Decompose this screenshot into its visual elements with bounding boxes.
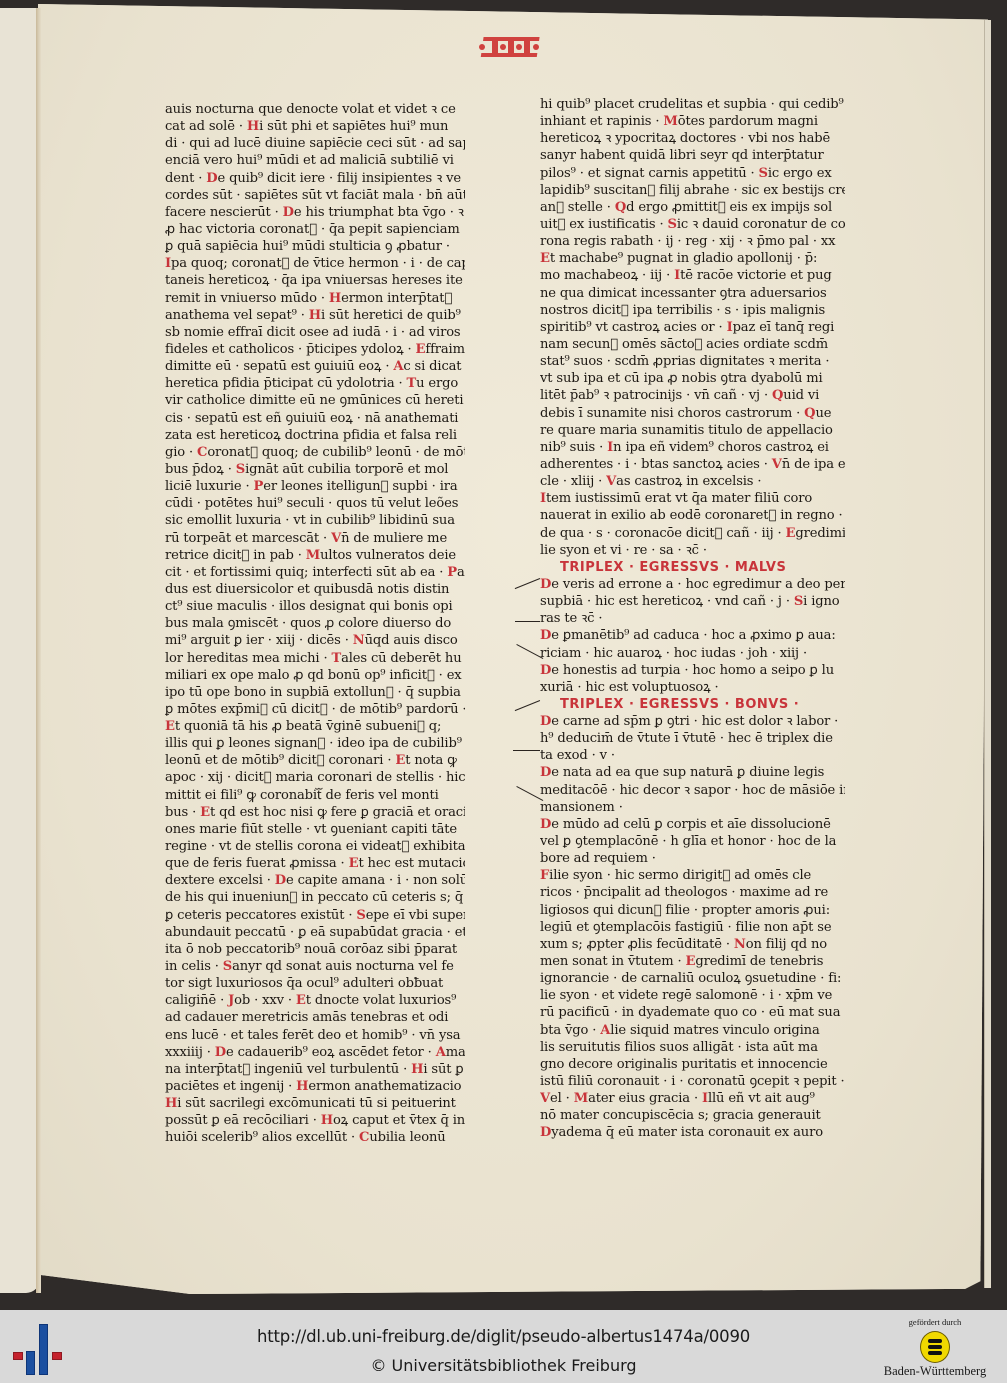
text-line: nauerat in exilio ab eodē coronaretᷓ in … <box>540 507 845 524</box>
text-line: cis · sepatū est eñ ꝯuiuiū eoꝝ · nā anat… <box>165 410 465 427</box>
rubric-initial: D <box>540 577 551 592</box>
text-line: apoc · xij · dicitᷓ maria coronari de st… <box>165 769 465 786</box>
text-line: ta exod̄ · v · <box>540 747 845 764</box>
text-line: mansionem · <box>540 799 845 816</box>
text-line: anathema vel sepat⁹ · Hi sūt heretici de… <box>165 307 465 324</box>
text-line: na interp̄tatᷓ ingeniū vel turbulentū · … <box>165 1061 465 1078</box>
text-line: leonū et de mōtib⁹ dicitᷓ coronari · Et … <box>165 752 465 769</box>
copyright-notice: © Universitätsbibliothek Freiburg <box>0 1356 1007 1375</box>
rubric-initial: H <box>165 1096 177 1111</box>
rubric-initial: D <box>540 628 551 643</box>
text-line: paciētes et ingenij · Hermon anathematiz… <box>165 1078 465 1095</box>
text-line: sb̄ nomie effraī dicit osee ad iudā · i … <box>165 324 465 341</box>
text-line: heretica pfidia p̄ticipat cū ydolotria ·… <box>165 375 465 392</box>
text-line: ꝑ ceteris peccatores existūt · Sepe eī v… <box>165 907 465 924</box>
rubric-initial: C <box>359 1130 369 1145</box>
text-line: men sonat in v̄tutem · Egredimī de teneb… <box>540 953 845 970</box>
rubric-initial: I <box>540 491 546 506</box>
text-line: bus · Et qd̄ est hoc nisi ꝙ fere ꝑ graci… <box>165 804 465 821</box>
text-line: gno decore originalis puritatis et innoc… <box>540 1056 845 1073</box>
text-line: stat⁹ suos · scdm̄ ꝓprias dignitates ꝛ m… <box>540 353 845 370</box>
text-line: lor hereditas mea michi · Tales cū deber… <box>165 650 465 667</box>
text-line: auis nocturna que denocte volat et videt… <box>165 101 465 118</box>
text-line: ita ō nob̄ peccatorib⁹ nouā corōaz sibi … <box>165 941 465 958</box>
rubric-initial: D <box>540 1125 551 1140</box>
text-line: nō mater concupiscēcia s; gracia generau… <box>540 1107 845 1124</box>
text-line: lis seruitutis filios suos alligāt · ist… <box>540 1039 845 1056</box>
margin-bracket-line <box>513 750 540 751</box>
text-line: gio · Coronatᷓ quoq; de cubilib⁹ leonū ·… <box>165 444 465 461</box>
text-line: ras te ꝛc̄ · <box>540 610 845 627</box>
footer-bar: http://dl.ub.uni-freiburg.de/diglit/pseu… <box>0 1310 1007 1383</box>
text-line: De mūdo ad celū ꝑ corpis et aīe dissoluc… <box>540 816 845 833</box>
rubric-initial: D <box>275 873 286 888</box>
text-line: caligin̄ē · Job · xxv · Et dnocte volat … <box>165 992 465 1009</box>
sponsor-name: Baden-Württemberg <box>870 1364 1000 1379</box>
text-line: supbiā · hic est hereticoꝝ · vnd̄ cañ · … <box>540 593 845 610</box>
text-line: riciam · hic auaroꝝ · hoc iudas · joh̄ ·… <box>540 645 845 662</box>
text-line: De carne ad sp̄m ꝑ ꝯtri · hic est dolor … <box>540 713 845 730</box>
rubric-initial: Q <box>804 406 815 421</box>
text-line: ne qua dimicat incessanter ꝯtra aduersar… <box>540 285 845 302</box>
text-line: regine · vt de stellis corona ei videatᷓ… <box>165 838 465 855</box>
rubric-initial: H <box>247 119 259 134</box>
rubric-initial: A <box>600 1023 610 1038</box>
text-line: ricos · p̄ncipalit̄ ad theologos · maxim… <box>540 884 845 901</box>
text-line: ꝓ hac victoria coronatᷓ · q̄a pepit sapi… <box>165 221 465 238</box>
text-line: re quare maria sunamitis titulo de appel… <box>540 422 845 439</box>
rubric-initial: S <box>356 908 365 923</box>
page-fore-edge <box>984 20 991 1288</box>
text-line: nam secunᷓ omēs sāctoꝝ acies ordiate scd… <box>540 336 845 353</box>
text-line: dus est diuersicolor et quibusdā notis d… <box>165 581 465 598</box>
text-line: mittit ei fili⁹ ꝙ coronabitᷓ de feris ve… <box>165 787 465 804</box>
text-line: facere nescierūt · De his triumphat bt̄a… <box>165 204 465 221</box>
rubric-initial: J <box>228 993 234 1008</box>
text-line: de his qui inueniunᷓ in peccato cū ceter… <box>165 889 465 906</box>
text-line: cit · et fortissimi quiq; interfecti sūt… <box>165 564 465 581</box>
rubric-initial: I <box>607 440 613 455</box>
rubric-initial: S <box>794 594 803 609</box>
text-line: ones marie fiūt stelle · vt ꝯueniant cap… <box>165 821 465 838</box>
rubric-initial: D <box>540 765 551 780</box>
section-heading: TRIPLEX · EGRESSVS · BONVS · <box>540 696 845 713</box>
text-line: vel ꝑ ꝯtemplacōnē · h glīa et honor · ho… <box>540 833 845 850</box>
text-line: legiū et ꝯtemplacōis fastigiū · filie no… <box>540 919 845 936</box>
text-line: cūdi · potētes hui⁹ seculi · quos tū vel… <box>165 495 465 512</box>
rubric-initial: E <box>395 753 405 768</box>
rubric-initial: V <box>606 474 616 489</box>
rubric-initial: E <box>349 856 359 871</box>
text-line: retrice dicitᷓ in pab̄ · Multos vulnerat… <box>165 547 465 564</box>
text-line: di · qui ad lucē diuine sapiēcie ceci sū… <box>165 135 465 152</box>
rubric-initial: P <box>447 565 457 580</box>
text-line: dent · De quib⁹ dicit iere · filij insip… <box>165 170 465 187</box>
rubric-initial: C <box>197 445 207 460</box>
text-line: nostros dicitᷓ ipa terribilis · s · ipis… <box>540 302 845 319</box>
text-line: rona regis rabath · ij · reg · xij · ꝛ p… <box>540 233 845 250</box>
text-line: que de feris fuerat ꝓmissa · Et hec est … <box>165 855 465 872</box>
text-line: ad cadauer meretricis amās tenebras et o… <box>165 1009 465 1026</box>
rubric-initial: M <box>574 1091 588 1106</box>
margin-bracket-line <box>515 621 540 622</box>
text-line: lie syon · et videte regē salomonē · i ·… <box>540 987 845 1004</box>
text-line: debis ī sunamite nisi choros castrorum ·… <box>540 405 845 422</box>
text-line: possūt ꝑ eā recōciliari · Hoꝝ caput et v… <box>165 1112 465 1129</box>
text-line: ꝑ quā sapiēcia hui⁹ mūdi stulticia ꝯ ꝓba… <box>165 238 465 255</box>
text-line: ipo tū ope bono in supbiā extollunᷓ · q̄… <box>165 684 465 701</box>
text-line: lapidib⁹ suscitanᷓ filij abrahe · sic ex… <box>540 182 845 199</box>
text-line: ct⁹ siue maculis · illos designat qui bo… <box>165 598 465 615</box>
text-line: spiritib⁹ vt castroꝝ acies or · Ipaz eī … <box>540 319 845 336</box>
text-line: miliari ex ope malo ꝓ qd̄ bonū op⁹ infic… <box>165 667 465 684</box>
text-line: dextere excelsi · De capite amana · i · … <box>165 872 465 889</box>
text-line: Hi sūt sacrilegi excōmunicati tū si peit… <box>165 1095 465 1112</box>
rubric-initial: H <box>329 291 341 306</box>
sponsor-badge[interactable]: gefördert durch Baden-Württemberg <box>870 1315 1000 1381</box>
rubric-initial: D <box>540 817 551 832</box>
text-line: ꝑ mōtes exp̄miᷓ cū dicitᷓ · de mōtib⁹ pa… <box>165 701 465 718</box>
rubric-initial: D <box>540 663 551 678</box>
text-line: tor sigt̄ luxuriosos q̄a ocul⁹ adulteri … <box>165 975 465 992</box>
text-line: rū torpeāt et marcescāt · Vn̄ de muliere… <box>165 530 465 547</box>
facing-page-edge <box>0 8 40 1293</box>
text-line: dimitte eū · sepatū est ꝯuiuiū eoꝝ · Ac … <box>165 358 465 375</box>
rubric-initial: P <box>254 479 264 494</box>
text-line: taneis hereticoꝝ · q̄a ipa vniuersas her… <box>165 272 465 289</box>
rubric-initial: E <box>786 526 796 541</box>
text-column-right: hi quib⁹ placet crudelitas et supbia · q… <box>540 96 845 1142</box>
text-line: in celis · Sanyr qd̄ sonat auis nocturna… <box>165 958 465 975</box>
text-line: bore ad requiem · <box>540 850 845 867</box>
rubric-initial: T <box>407 376 417 391</box>
rubric-initial: H <box>321 1113 333 1128</box>
text-line: vir catholice dimitte eū ne ꝯmūnices cū … <box>165 392 465 409</box>
rubric-initial: I <box>727 320 733 335</box>
rubric-initial: Q <box>615 200 626 215</box>
rubric-initial: D <box>215 1045 226 1060</box>
text-line: nib⁹ suis · In ipa eñ videm⁹ choros cast… <box>540 439 845 456</box>
text-line: abundauit peccatū · ꝑ eā supabūdat graci… <box>165 924 465 941</box>
rubric-initial: F <box>540 868 549 883</box>
text-line: lie syon et vi · re · sa · ꝛc̄ · <box>540 542 845 559</box>
text-line: cordes sūt · sapiētes sūt vt faciāt mala… <box>165 187 465 204</box>
text-line: anᷓ stelle · Qd̄ ergo ꝓmittitᷓ eis ex im… <box>540 199 845 216</box>
text-line: De ꝑmanētib⁹ ad caduca · hoc a ꝓximo ꝑ a… <box>540 627 845 644</box>
scanned-page-image: III auis nocturna que denocte volat et v… <box>0 0 1007 1310</box>
rubric-initial: Q <box>772 388 783 403</box>
text-line: sanyr habent quidā libri seyr qd̄ interp… <box>540 147 845 164</box>
text-line: De nat̄a ad ea que sup naturā ꝑ diuine l… <box>540 764 845 781</box>
sponsor-caption: gefördert durch <box>870 1317 1000 1327</box>
text-line: bus p̄doꝝ · Signāt aūt cubilia torporē e… <box>165 461 465 478</box>
rubric-initial: D <box>206 171 217 186</box>
text-column-left: auis nocturna que denocte volat et videt… <box>165 101 465 1147</box>
text-line: De honestis ad turpia · hoc homo a seipo… <box>540 662 845 679</box>
text-line: de qua · s · coronacōe dicitᷓ cañ · iij … <box>540 525 845 542</box>
rubric-initial: S <box>759 166 768 181</box>
rubric-initial: V <box>772 457 782 472</box>
rubric-initial: E <box>165 719 175 734</box>
rubric-initial: H <box>309 308 321 323</box>
text-line: cle · xliij · Vas castroꝝ in excelsis · <box>540 473 845 490</box>
text-line: xxxiiij · De cadauerib⁹ eoꝝ ascēdet feto… <box>165 1044 465 1061</box>
section-heading: TRIPLEX · EGRESSVS · MALVS <box>540 559 845 576</box>
text-line: bt̄a v̄go · Alie siquid matres vinculo o… <box>540 1022 845 1039</box>
text-line: Et machabe⁹ pugnat in gladio apollonij ·… <box>540 250 845 267</box>
rubric-initial: N <box>734 937 746 952</box>
text-line: hi quib⁹ placet crudelitas et supbia · q… <box>540 96 845 113</box>
text-line: xuriā · hic est voluptuosoꝝ · <box>540 679 845 696</box>
rubric-initial: I <box>674 268 680 283</box>
text-line: rū pacificū · in dyademate quo co · eū m… <box>540 1004 845 1021</box>
text-line: uitᷓ ex iustificatis · Sic ꝛ dauid coron… <box>540 216 845 233</box>
text-line: huiōi scelerib⁹ alios excellūt · Cubilia… <box>165 1129 465 1146</box>
rubric-initial: M <box>306 548 320 563</box>
folio-number-mark: III <box>478 34 546 60</box>
text-line: zata est hereticoꝝ doctrina pfidia et fa… <box>165 427 465 444</box>
text-line: Vel · Mater eius gracia · Illū eñ vt ait… <box>540 1090 845 1107</box>
rubric-initial: A <box>393 359 403 374</box>
rubric-initial: S <box>236 462 245 477</box>
text-line: sic emollit luxuria · vt in cubilib⁹ lib… <box>165 512 465 529</box>
rubric-initial: E <box>686 954 696 969</box>
rubric-initial: E <box>540 251 550 266</box>
book-gutter <box>36 8 41 1293</box>
text-line: Et quoniā tā his ꝓ beatā v̄ginē subueniᷓ… <box>165 718 465 735</box>
text-line: mo machabeoꝝ · iij · Itē racōe victorie … <box>540 267 845 284</box>
rubric-initial: H <box>411 1062 423 1077</box>
rubric-initial: S <box>223 959 232 974</box>
text-line: adherentes · i · bt̄as sanctoꝝ acies · V… <box>540 456 845 473</box>
text-line: De veris ad errone a · hoc egredimur a d… <box>540 576 845 593</box>
text-line: ens lucē · et tales ferēt deo et homib⁹ … <box>165 1027 465 1044</box>
rubric-initial: V <box>331 531 341 546</box>
text-line: ligiosos qui dicunᷓ filie · propter amor… <box>540 902 845 919</box>
text-line: Item iustissimū erat vt q̄a mater filiū … <box>540 490 845 507</box>
text-line: hereticoꝝ ꝛ ypocritaꝝ doctores · vbi nos… <box>540 130 845 147</box>
text-line: litēt p̄ab⁹ ꝛ patrocinijs · vn̄ cañ · vj… <box>540 387 845 404</box>
permalink-url[interactable]: http://dl.ub.uni-freiburg.de/diglit/pseu… <box>0 1327 1007 1346</box>
rubric-initial: E <box>296 993 306 1008</box>
rubric-initial: V <box>540 1091 550 1106</box>
text-line: liciē luxurie · Per leones itelligunᷓ su… <box>165 478 465 495</box>
text-line: cat ad solē · Hi sūt phi et sapiētes hui… <box>165 118 465 135</box>
text-line: Ipa quoq; coronatᷓ de v̄tice hermon · i … <box>165 255 465 272</box>
text-line: meditacōē · hic decor ꝛ sapor · hoc de m… <box>540 782 845 799</box>
text-line: fideles et catholicos · p̄ticipes ydoloꝝ… <box>165 341 465 358</box>
rubric-initial: D <box>540 714 551 729</box>
text-line: vt sub ipa et cū ipa ꝓ nobis ꝯtra dyabol… <box>540 370 845 387</box>
text-line: illis qui ꝑ leones signanᷓ · ideo ipa de… <box>165 735 465 752</box>
text-line: pilos⁹ · et signat carnis appetitū · Sic… <box>540 165 845 182</box>
text-line: bus mala ꝯmiscēt · quos ꝓ colore diuerso… <box>165 615 465 632</box>
rubric-initial: T <box>331 651 341 666</box>
text-line: mi⁹ arguit ꝑ ier · xiij · dicēs · Nūqd a… <box>165 632 465 649</box>
rubric-initial: S <box>668 217 677 232</box>
text-line: Filie syon · hic sermo dirigitᷓ ad omēs … <box>540 867 845 884</box>
text-line: h⁹ deducim̄ de v̄tute ī v̄tutē · hec ē t… <box>540 730 845 747</box>
text-line: xum s; ꝓpter ꝓlis fecūditatē · Non filij… <box>540 936 845 953</box>
text-line: Dyadema q̄ eū mater ista coronauit ex au… <box>540 1124 845 1141</box>
text-line: ignorancie · de carnaliū oculoꝝ ꝯsuetudi… <box>540 970 845 987</box>
text-line: inhiant et rapinis · Mōtes pardorum magn… <box>540 113 845 130</box>
rubric-initial: A <box>436 1045 446 1060</box>
text-line: remit in vniuerso mūdo · Hermon interp̄t… <box>165 290 465 307</box>
baden-wuerttemberg-crest-icon <box>920 1331 950 1363</box>
rubric-initial: E <box>200 805 210 820</box>
rubric-initial: I <box>165 256 171 271</box>
rubric-initial: N <box>353 633 365 648</box>
rubric-initial: D <box>283 205 294 220</box>
rubric-initial: I <box>702 1091 708 1106</box>
rubric-initial: M <box>663 114 677 129</box>
text-line: istū filiū coronauit · i · coronatū ꝯcep… <box>540 1073 845 1090</box>
text-line: enciā vero hui⁹ mūdi et ad maliciā subti… <box>165 152 465 169</box>
rubric-initial: E <box>416 342 426 357</box>
rubric-initial: H <box>296 1079 308 1094</box>
